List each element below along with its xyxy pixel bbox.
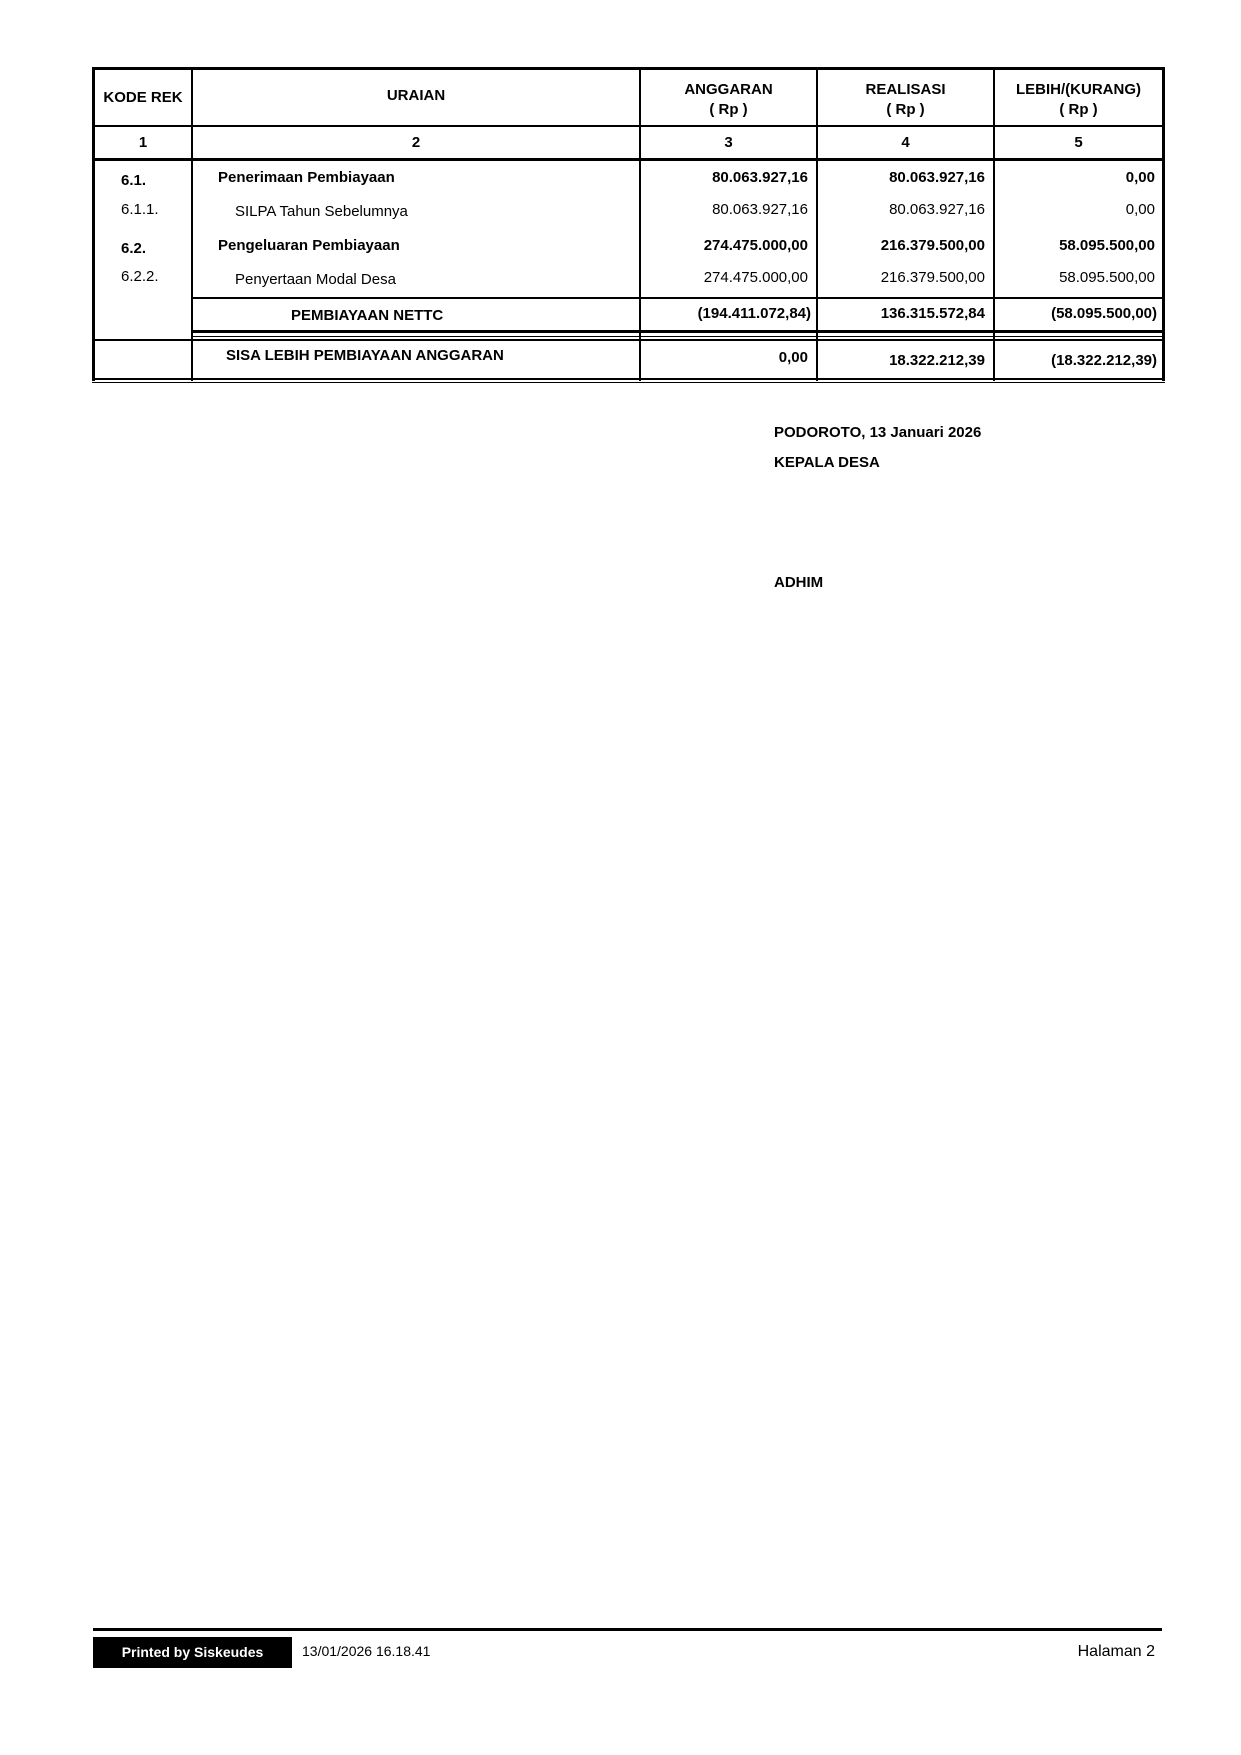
table-border-left xyxy=(92,67,95,381)
table-border-right xyxy=(1162,67,1165,381)
page-number: Halaman 2 xyxy=(1000,1643,1155,1661)
table-border-bottom xyxy=(92,378,1165,380)
uraian: Pengeluaran Pembiayaan xyxy=(218,237,400,255)
header-anggaran: ANGGARAN xyxy=(641,80,816,99)
colnum-divider xyxy=(92,158,1165,161)
realisasi-value: 216.379.500,00 xyxy=(818,269,985,287)
column-number: 2 xyxy=(193,133,639,152)
sisa-label: SISA LEBIH PEMBIAYAAN ANGGARAN xyxy=(226,347,504,365)
column-number: 1 xyxy=(95,133,191,152)
realisasi-value: 80.063.927,16 xyxy=(818,169,985,187)
header-lebih-kurang: LEBIH/(KURANG) xyxy=(995,80,1162,99)
netto-label: PEMBIAYAAN NETTC xyxy=(291,307,443,325)
column-number: 4 xyxy=(818,133,993,152)
kode-rek: 6.2. xyxy=(121,240,146,258)
selisih-value: 58.095.500,00 xyxy=(995,237,1155,255)
uraian: Penerimaan Pembiayaan xyxy=(218,169,395,187)
printed-by-label: Printed by Siskeudes xyxy=(93,1637,292,1668)
column-number: 3 xyxy=(641,133,816,152)
kode-rek: 6.2.2. xyxy=(121,268,159,286)
anggaran-value: 80.063.927,16 xyxy=(641,201,808,219)
place-date: PODOROTO, 13 Januari 2026 xyxy=(774,424,981,442)
column-number: 5 xyxy=(995,133,1162,152)
sisa-top-line xyxy=(92,339,1165,341)
signer-position: KEPALA DESA xyxy=(774,454,880,472)
sisa-anggaran: 0,00 xyxy=(641,349,808,367)
anggaran-value: 80.063.927,16 xyxy=(641,169,808,187)
netto-bottom-line-2 xyxy=(191,336,1165,337)
realisasi-value: 80.063.927,16 xyxy=(818,201,985,219)
header-divider xyxy=(92,125,1165,127)
netto-anggaran: (194.411.072,84) xyxy=(641,305,811,323)
netto-top-line xyxy=(191,297,1165,299)
signer-name: ADHIM xyxy=(774,574,823,592)
col-divider xyxy=(191,67,193,381)
sisa-realisasi: 18.322.212,39 xyxy=(818,352,985,370)
kode-rek: 6.1.1. xyxy=(121,201,159,219)
footer-rule xyxy=(93,1628,1162,1631)
uraian: Penyertaan Modal Desa xyxy=(235,271,396,289)
selisih-value: 0,00 xyxy=(995,201,1155,219)
print-timestamp: 13/01/2026 16.18.41 xyxy=(302,1642,430,1660)
header-anggaran-unit: ( Rp ) xyxy=(641,100,816,119)
header-uraian: URAIAN xyxy=(193,86,639,105)
netto-realisasi: 136.315.572,84 xyxy=(818,305,985,323)
table-border-bottom-2 xyxy=(92,382,1165,383)
anggaran-value: 274.475.000,00 xyxy=(641,269,808,287)
uraian: SILPA Tahun Sebelumnya xyxy=(235,203,408,221)
kode-rek: 6.1. xyxy=(121,172,146,190)
netto-selisih: (58.095.500,00) xyxy=(995,305,1157,323)
sisa-selisih: (18.322.212,39) xyxy=(995,352,1157,370)
header-kode-rek: KODE REK xyxy=(95,88,191,107)
realisasi-value: 216.379.500,00 xyxy=(818,237,985,255)
selisih-value: 58.095.500,00 xyxy=(995,269,1155,287)
header-realisasi: REALISASI xyxy=(818,80,993,99)
anggaran-value: 274.475.000,00 xyxy=(641,237,808,255)
table-border-top xyxy=(92,67,1165,70)
netto-bottom-line xyxy=(191,330,1165,333)
selisih-value: 0,00 xyxy=(995,169,1155,187)
header-lebih-kurang-unit: ( Rp ) xyxy=(995,100,1162,119)
header-realisasi-unit: ( Rp ) xyxy=(818,100,993,119)
